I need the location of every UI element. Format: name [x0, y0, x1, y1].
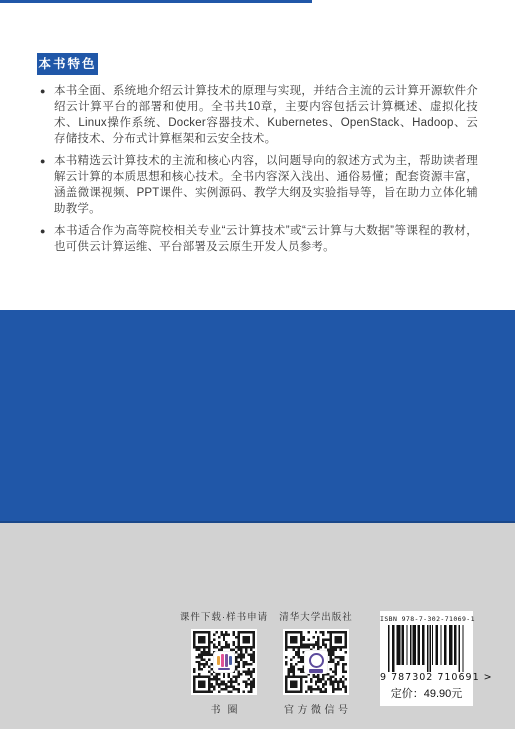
barcode-icon: [387, 625, 466, 672]
qr-right-box: [283, 629, 349, 695]
logo-bar: [217, 656, 220, 665]
isbn-text: ISBN 978-7-302-71069-1: [380, 615, 473, 623]
book-back-cover: 本书特色 ● 本书全面、系统地介绍云计算技术的原理与实现，并结合主流的云计算开源…: [0, 0, 515, 729]
bullet-dot-icon: ●: [40, 153, 46, 169]
logo-ring-icon: [309, 653, 324, 668]
barcode-panel: ISBN 978-7-302-71069-1 9 787302 710691 >…: [380, 611, 473, 706]
logo-bar: [229, 656, 232, 665]
qr-left-caption: 书圈: [183, 705, 272, 717]
blue-band: [0, 310, 515, 523]
top-accent-rule: [0, 0, 312, 3]
feature-bullet-3-text: 本书适合作为高等院校相关专业“云计算技术”或“云计算与大数据”等课程的教材，也可…: [54, 225, 478, 253]
logo-strip: [218, 668, 230, 670]
logo-bar: [225, 654, 228, 667]
qr-panel-publisher: 清华大学出版社 官方微信号: [270, 606, 362, 717]
logo-banner: [309, 669, 323, 673]
shuquan-logo-icon: [214, 652, 234, 672]
bullet-dot-icon: ●: [40, 223, 46, 239]
features-heading: 本书特色: [37, 53, 98, 75]
qr-left-title: 课件下载·样书申请: [176, 612, 272, 624]
qr-right-title: 清华大学出版社: [270, 612, 362, 624]
bullet-dot-icon: ●: [40, 83, 46, 99]
logo-bars-icon: [214, 653, 234, 668]
qr-right-caption: 官方微信号: [274, 705, 363, 717]
barcode-arrow: >: [484, 672, 493, 683]
tsinghua-press-logo-icon: [305, 651, 327, 673]
feature-bullet-1: ● 本书全面、系统地介绍云计算技术的原理与实现，并结合主流的云计算开源软件介绍云…: [42, 83, 478, 147]
logo-bar: [221, 654, 224, 667]
qr-panel-download: 课件下载·样书申请 书圈: [176, 606, 272, 717]
features-list: ● 本书全面、系统地介绍云计算技术的原理与实现，并结合主流的云计算开源软件介绍云…: [42, 83, 478, 261]
qr-left-box: [191, 629, 257, 695]
price-text: 定价：49.90元: [380, 685, 473, 701]
barcode-digits: 9 787302 710691: [380, 672, 480, 683]
feature-bullet-2: ● 本书精选云计算技术的主流和核心内容，以问题导向的叙述方式为主，帮助读者理解云…: [42, 153, 478, 217]
feature-bullet-2-text: 本书精选云计算技术的主流和核心内容，以问题导向的叙述方式为主，帮助读者理解云计算…: [54, 155, 478, 215]
feature-bullet-3: ● 本书适合作为高等院校相关专业“云计算技术”或“云计算与大数据”等课程的教材，…: [42, 223, 478, 255]
feature-bullet-1-text: 本书全面、系统地介绍云计算技术的原理与实现，并结合主流的云计算开源软件介绍云计算…: [54, 85, 478, 145]
barcode-number: 9 787302 710691 >: [380, 672, 473, 683]
